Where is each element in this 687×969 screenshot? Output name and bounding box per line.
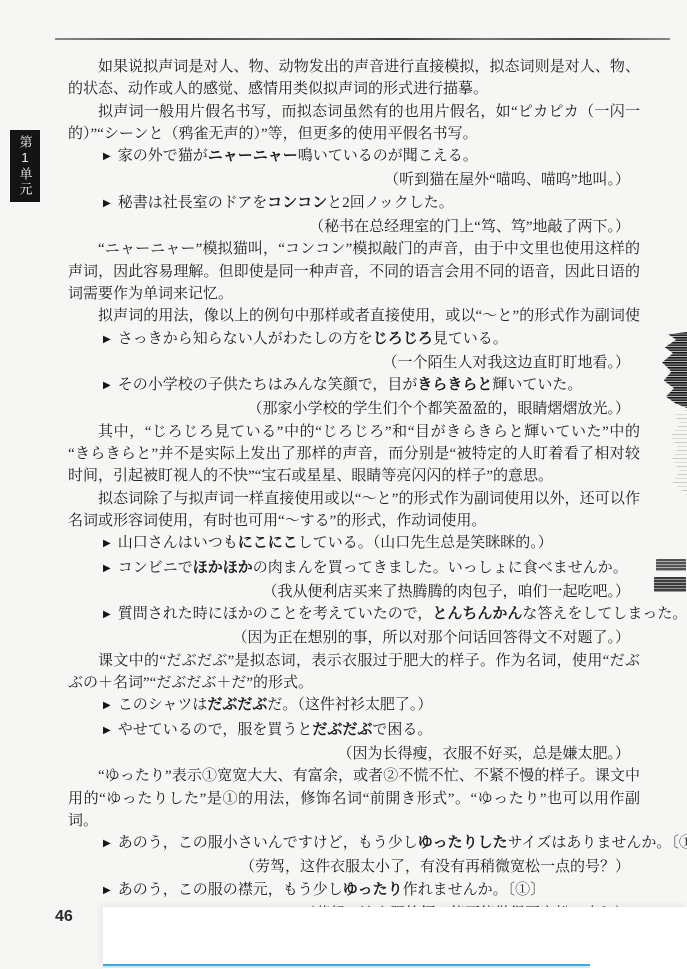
translation-line: （劳驾，这件衣服太小了，有没有再稍微宽松一点的号？） — [68, 856, 640, 878]
text-run: （一个陌生人对我这边直盯盯地看。） — [382, 355, 630, 371]
body-line: 用的“ゆったりした”是①的用法，修饰名词“前開き形式”。“ゆったり”也可以用作副 — [68, 788, 640, 810]
text-run: 时间，引起被盯视人的不快”“宝石或星星、眼睛等亮闪闪的样子”的意思。 — [68, 468, 553, 484]
bullet-triangle-icon: ▶ — [103, 558, 111, 580]
scan-artifact-dash — [656, 559, 686, 571]
emphasized-word: じろじろ — [373, 330, 433, 347]
text-run: “きらきらと”并不是实际上发出了那样的声音，而分别是“被特定的人盯着看了相对较长 — [68, 446, 640, 465]
bullet-triangle-icon: ▶ — [103, 533, 111, 555]
bullet-triangle-icon: ▶ — [103, 880, 111, 902]
bullet-triangle-icon: ▶ — [103, 720, 111, 742]
text-run: だ。（这件衬衫太肥了。） — [267, 697, 432, 713]
body-line: 时间，引起被盯视人的不快”“宝石或星星、眼睛等亮闪闪的样子”的意思。 — [68, 465, 640, 487]
translation-line: （秘书在总经理室的门上“笃、笃”地敲了两下。） — [68, 216, 640, 238]
example-line: ▶質問された時にほかのことを考えていたので，とんちんかんな答えをしてしまった。 — [68, 603, 640, 627]
text-run: の肉まんを買ってきました。いっしょに食べませんか。 — [253, 560, 628, 576]
example-line: ▶あのう，この服の襟元，もう少しゆったり作れませんか。〔①〕 — [68, 879, 640, 903]
text-run: （秘书在总经理室的门上“笃、笃”地敲了两下。） — [309, 219, 630, 235]
text-run: 的）”“シーンと（鸦雀无声的）”等，但更多的使用平假名书写。 — [68, 126, 478, 142]
text-run: （听到猫在屋外“喵呜、喵呜”地叫。） — [384, 172, 630, 188]
text-run: （我从便利店买来了热腾腾的肉包子，咱们一起吃吧。） — [262, 584, 630, 600]
bullet-triangle-icon: ▶ — [103, 695, 111, 717]
body-line: “きらきらと”并不是实际上发出了那样的声音，而分别是“被特定的人盯着看了相对较长 — [68, 443, 640, 465]
text-run: 輝いていた。 — [492, 377, 582, 393]
example-line: ▶その小学校の子供たちはみんな笑顔で，目がきらきらと輝いていた。 — [68, 374, 640, 398]
text-run: 课文中的“だぶだぶ”是拟态词，表示衣服过于肥大的样子。作为名词，使用“だぶだ — [68, 653, 640, 672]
text-run: 拟声词的用法，像以上的例句中那样或者直接使用，或以“～と”的形式作为副词使用。 — [68, 308, 640, 327]
header-rule-line — [55, 38, 670, 40]
bullet-triangle-icon: ▶ — [103, 833, 111, 855]
text-run: 作れませんか。〔①〕 — [403, 882, 546, 898]
emphasized-word: ニャーニャー — [208, 147, 298, 164]
text-run: 如果说拟声词是对人、物、动物发出的声音进行直接模拟，拟态词则是对人、物、动物 — [68, 59, 640, 78]
emphasized-word: コンコン — [267, 194, 327, 211]
example-line: ▶あのう，この服小さいんですけど，もう少しゆったりしたサイズはありませんか。〔①… — [68, 832, 640, 856]
text-run: （因为正在想别的事，所以对那个问话回答得文不对题了。） — [232, 630, 630, 646]
text-run: （那家小学校的学生们个个都笑盈盈的，眼睛熠熠放光。） — [247, 401, 630, 417]
text-run: 拟声词一般用片假名书写，而拟态词虽然有的也用片假名，如“ピカピカ（一闪一闪 — [68, 104, 640, 123]
text-run: 質問された時にほかのことを考えていたので， — [118, 606, 433, 622]
body-line: 课文中的“だぶだぶ”是拟态词，表示衣服过于肥大的样子。作为名词，使用“だぶだ — [68, 650, 640, 672]
example-line: ▶さっきから知らない人がわたしの方をじろじろ見ている。 — [68, 328, 640, 352]
text-run: 词需要作为单词来记忆。 — [68, 286, 233, 302]
text-run: （劳驾，这件衣服太小了，有没有再稍微宽松一点的号？） — [240, 859, 630, 875]
text-run: と2回ノックした。 — [327, 195, 453, 211]
text-run: このシャツは — [118, 697, 208, 713]
emphasized-word: ゆったり — [343, 881, 403, 898]
text-run: （因为长得瘦，衣服不好买，总是嫌太肥。） — [337, 746, 630, 762]
next-page-edge — [103, 907, 687, 969]
emphasized-word: ほかほか — [193, 559, 253, 576]
body-line: 拟声词的用法，像以上的例句中那样或者直接使用，或以“～と”的形式作为副词使用。 — [68, 305, 640, 327]
text-run: 用的“ゆったりした”是①的用法，修饰名词“前開き形式”。“ゆったり”也可以用作副 — [68, 791, 640, 807]
text-run: “ゆったり”表示①宽宽大大、有富余，或者②不慌不忙、不紧不慢的样子。课文中使 — [68, 768, 640, 787]
text-run: やせているので，服を買うと — [118, 722, 313, 738]
translation-line: （听到猫在屋外“喵呜、喵呜”地叫。） — [68, 169, 640, 191]
text-run: “ニャーニャー”模拟猫叫，“コンコン”模拟敲门的声音，由于中文里也使用这样的拟 — [68, 241, 640, 260]
body-line: 词。 — [68, 810, 640, 832]
text-run: あのう，この服小さいんですけど，もう少し — [118, 835, 418, 851]
body-line: 的）”“シーンと（鸦雀无声的）”等，但更多的使用平假名书写。 — [68, 123, 640, 145]
translation-line: （因为长得瘦，衣服不好买，总是嫌太肥。） — [68, 743, 640, 765]
example-line: ▶秘書は社長室のドアをコンコンと2回ノックした。 — [68, 192, 640, 216]
text-run: 声词，因此容易理解。但即使是同一种声音，不同的语言会用不同的语音，因此日语的拟声 — [68, 264, 640, 283]
example-line: ▶家の外で猫がニャーニャー鳴いているのが聞こえる。 — [68, 145, 640, 169]
unit-tab-label: 第1单元 — [16, 135, 35, 197]
body-line: 名词或形容词使用，有时也可用“～する”的形式，作动词使用。 — [68, 510, 640, 532]
text-run: 名词或形容词使用，有时也可用“～する”的形式，作动词使用。 — [68, 513, 486, 529]
example-line: ▶コンビニでほかほかの肉まんを買ってきました。いっしょに食べませんか。 — [68, 557, 640, 581]
body-line: 的状态、动作或人的感觉、感情用类似拟声词的形式进行描摹。 — [68, 78, 640, 100]
scan-artifact-dash — [654, 577, 686, 592]
emphasized-word: ゆったりした — [418, 834, 508, 851]
text-run: 的状态、动作或人的感觉、感情用类似拟声词的形式进行描摹。 — [68, 81, 488, 97]
bullet-triangle-icon: ▶ — [103, 329, 111, 351]
translation-line: （那家小学校的学生们个个都笑盈盈的，眼睛熠熠放光。） — [68, 398, 640, 420]
example-line: ▶山口さんはいつもにこにこしている。（山口先生总是笑眯眯的。） — [68, 532, 640, 556]
body-line: 拟声词一般用片假名书写，而拟态词虽然有的也用片假名，如“ピカピカ（一闪一闪 — [68, 101, 640, 123]
text-run: サイズはありませんか。〔①〕 — [508, 835, 687, 851]
unit-tab: 第1单元 — [10, 130, 40, 202]
body-line: 如果说拟声词是对人、物、动物发出的声音进行直接模拟，拟态词则是对人、物、动物 — [68, 56, 640, 78]
scan-artifact-speckle — [665, 410, 687, 496]
emphasized-word: きらきらと — [417, 376, 492, 393]
bottom-blue-rule — [103, 964, 590, 966]
body-line: “ニャーニャー”模拟猫叫，“コンコン”模拟敲门的声音，由于中文里也使用这样的拟 — [68, 238, 640, 260]
text-run: コンビニで — [118, 560, 193, 576]
body-line: “ゆったり”表示①宽宽大大、有富余，或者②不慌不忙、不紧不慢的样子。课文中使 — [68, 765, 640, 787]
emphasized-word: だぶだぶ — [207, 696, 267, 713]
text-run: さっきから知らない人がわたしの方を — [118, 331, 373, 347]
example-line: ▶このシャツはだぶだぶだ。（这件衬衫太肥了。） — [68, 694, 640, 718]
translation-line: （我从便利店买来了热腾腾的肉包子，咱们一起吃吧。） — [68, 581, 640, 603]
text-run: な答えをしてしまった。 — [522, 606, 687, 622]
text-run: ぶの＋名词”“だぶだぶ＋だ”的形式。 — [68, 675, 313, 691]
text-run: 山口さんはいつも — [118, 535, 238, 551]
text-run: で困る。 — [372, 722, 432, 738]
text-run: 家の外で猫が — [118, 148, 208, 164]
body-line: ぶの＋名词”“だぶだぶ＋だ”的形式。 — [68, 672, 640, 694]
example-line: ▶やせているので，服を買うとだぶだぶで困る。 — [68, 719, 640, 743]
text-run: 拟态词除了与拟声词一样直接使用或以“～と”的形式作为副词使用以外，还可以作为 — [68, 491, 640, 510]
bullet-triangle-icon: ▶ — [103, 375, 111, 397]
bullet-triangle-icon: ▶ — [103, 193, 111, 215]
emphasized-word: だぶだぶ — [312, 721, 372, 738]
body-line: 词需要作为单词来记忆。 — [68, 283, 640, 305]
bullet-triangle-icon: ▶ — [103, 146, 111, 168]
body-line: 声词，因此容易理解。但即使是同一种声音，不同的语言会用不同的语音，因此日语的拟声 — [68, 261, 640, 283]
page-number: 46 — [55, 908, 73, 926]
text-run: している。（山口先生总是笑眯眯的。） — [298, 535, 553, 551]
body-line: 拟态词除了与拟声词一样直接使用或以“～と”的形式作为副词使用以外，还可以作为 — [68, 488, 640, 510]
text-run: 词。 — [68, 813, 98, 829]
text-run: 其中，“じろじろ見ている”中的“じろじろ”和“目がきらきらと輝いていた”中的 — [98, 424, 640, 440]
scan-artifact-smudge — [660, 332, 687, 408]
bullet-triangle-icon: ▶ — [103, 604, 111, 626]
translation-line: （因为正在想别的事，所以对那个问话回答得文不对题了。） — [68, 627, 640, 649]
text-run: その小学校の子供たちはみんな笑顔で，目が — [118, 377, 418, 393]
body-line: 其中，“じろじろ見ている”中的“じろじろ”和“目がきらきらと輝いていた”中的 — [68, 421, 640, 443]
text-run: あのう，この服の襟元，もう少し — [118, 882, 343, 898]
text-run: 見ている。 — [433, 331, 508, 347]
page-body: 如果说拟声词是对人、物、动物发出的声音进行直接模拟，拟态词则是对人、物、动物的状… — [68, 56, 640, 925]
text-run: 秘書は社長室のドアを — [118, 195, 268, 211]
emphasized-word: とんちんかん — [432, 605, 522, 622]
emphasized-word: にこにこ — [238, 534, 298, 551]
text-run: 鳴いているのが聞こえる。 — [298, 148, 478, 164]
translation-line: （一个陌生人对我这边直盯盯地看。） — [68, 352, 640, 374]
